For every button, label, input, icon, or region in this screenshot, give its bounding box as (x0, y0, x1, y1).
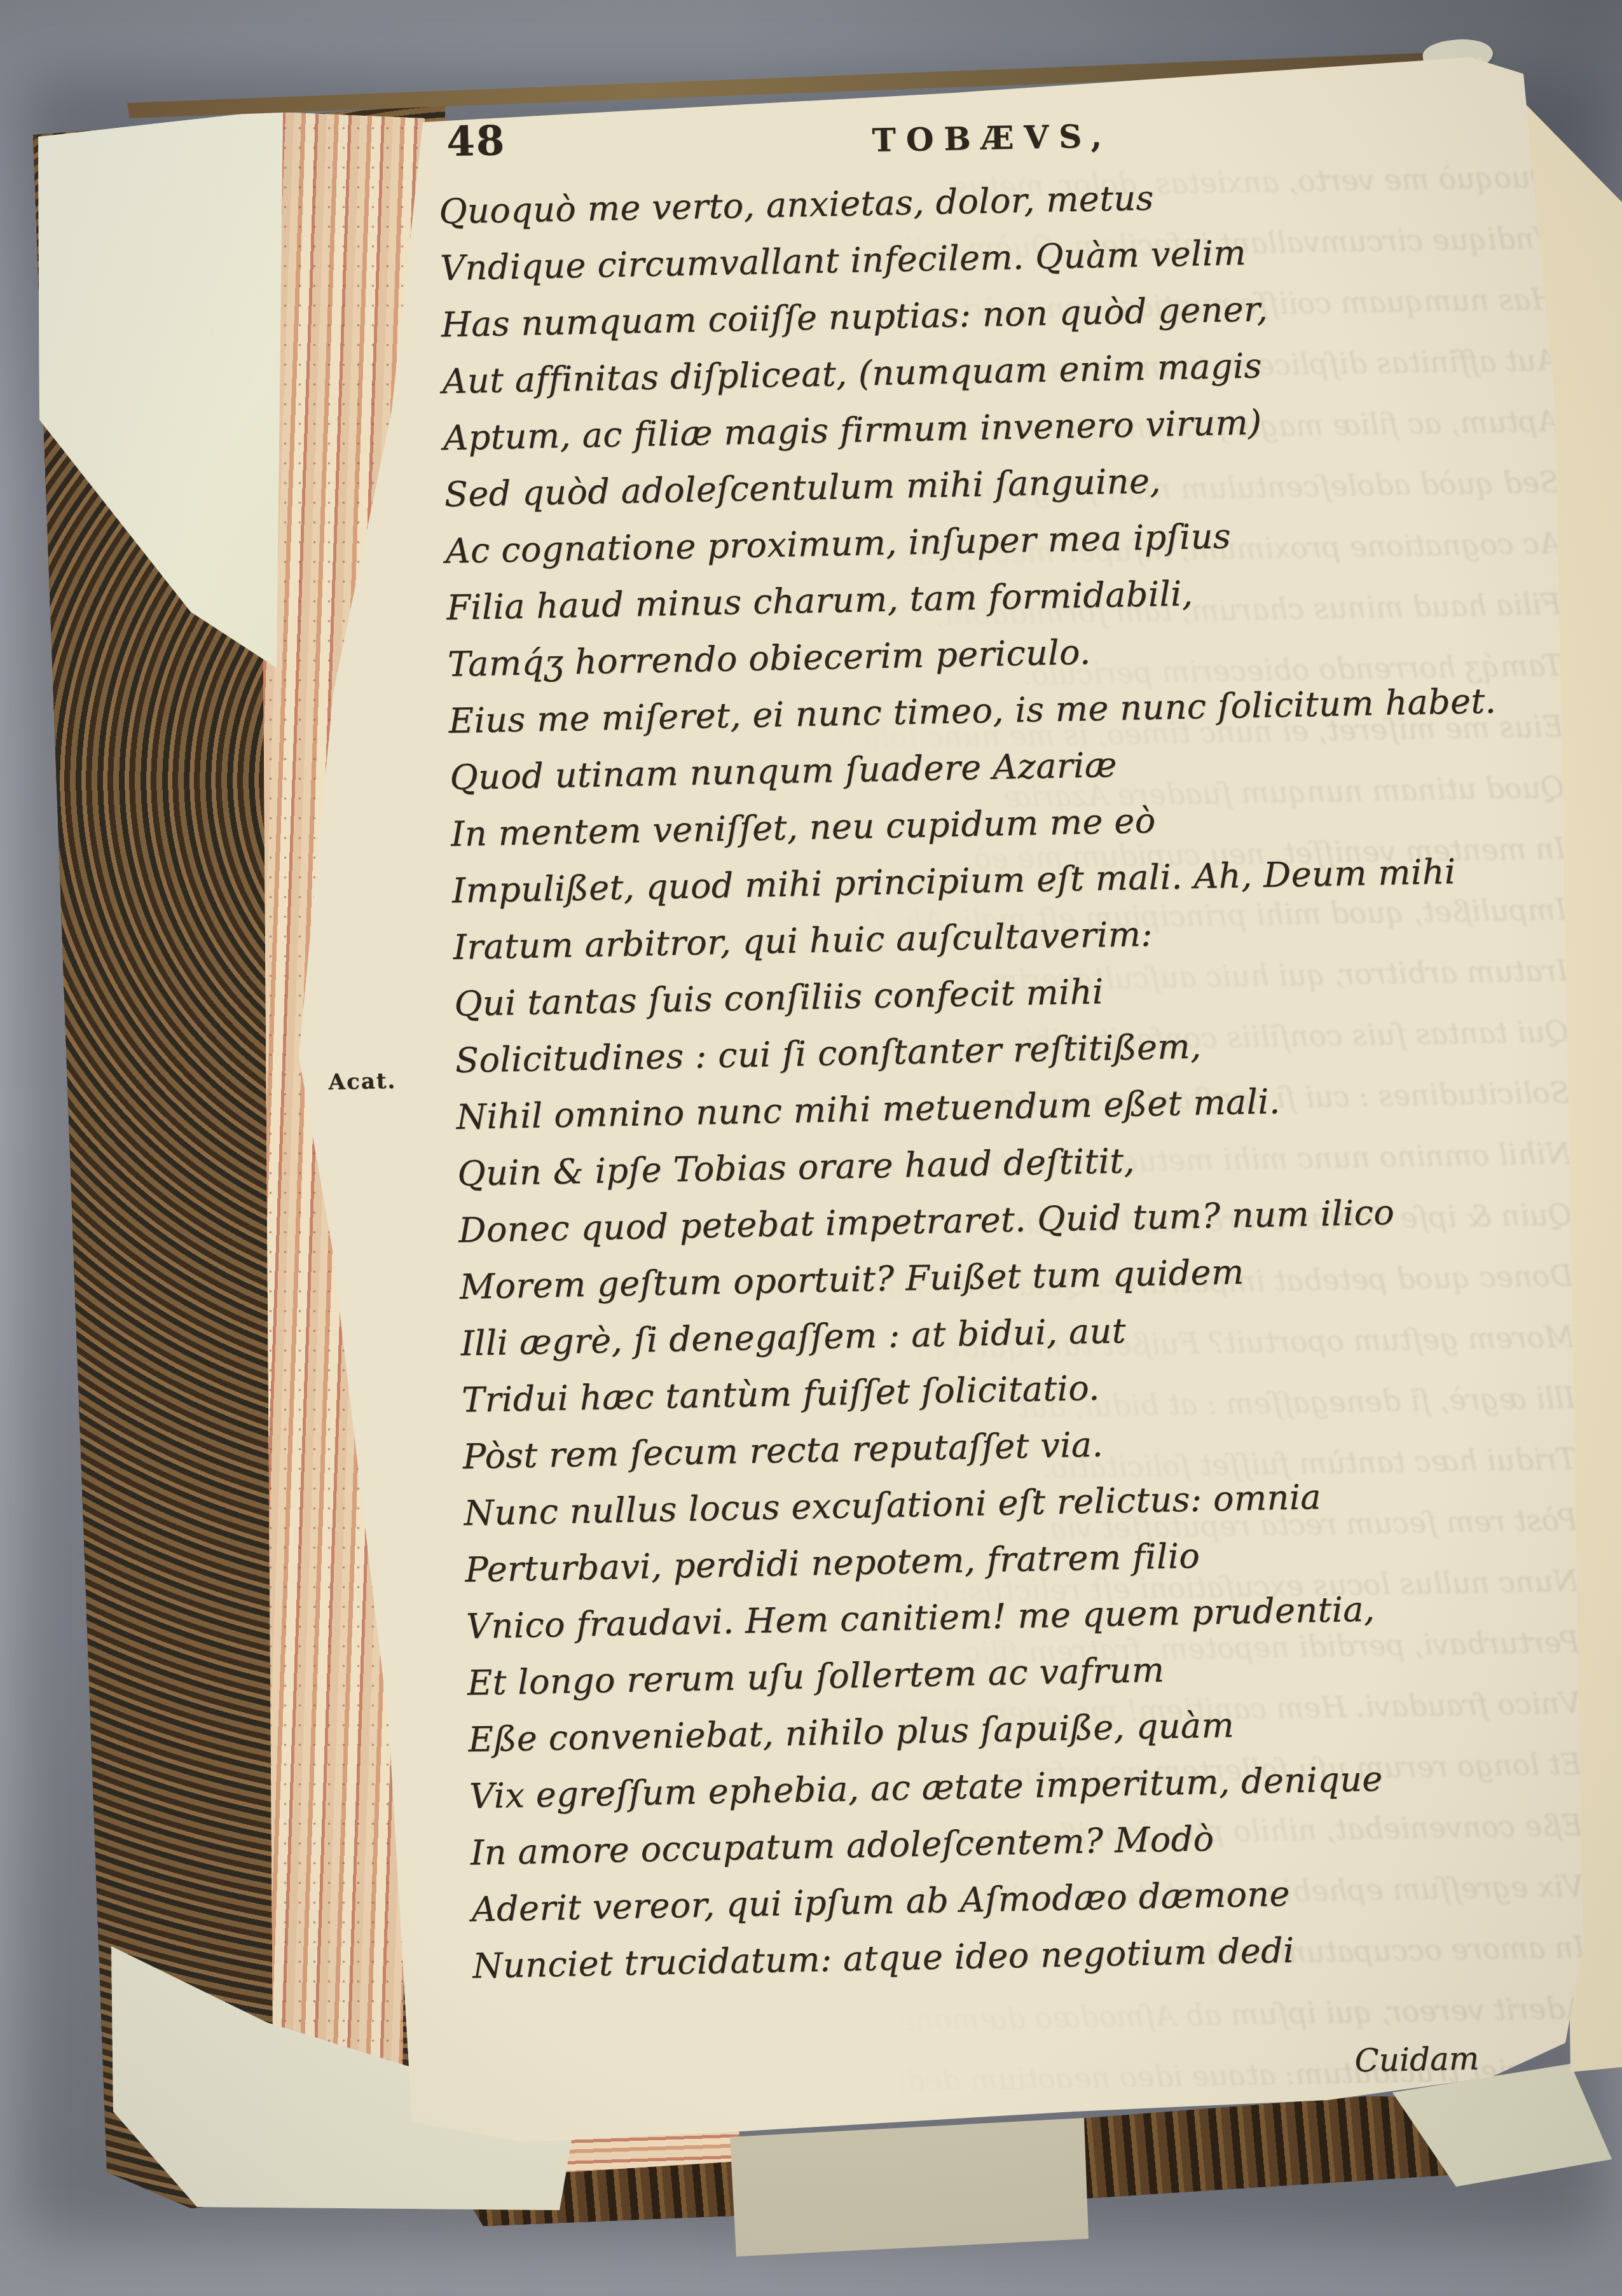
catchword: Cuidam (1354, 2040, 1480, 2079)
book-photo: Quoquò me verto, anxietas, dolor, metusV… (0, 0, 1622, 2296)
running-header: TOBÆVS, (680, 113, 1304, 163)
marginal-note: Acat. (328, 1068, 396, 1095)
printed-text-block: 48 TOBÆVS, Quoquò me verto, anxietas, do… (406, 61, 1603, 2182)
verse-lines: Quoquò me verto, anxietas, dolor, metusV… (438, 163, 1520, 1995)
page-number: 48 (446, 117, 506, 166)
